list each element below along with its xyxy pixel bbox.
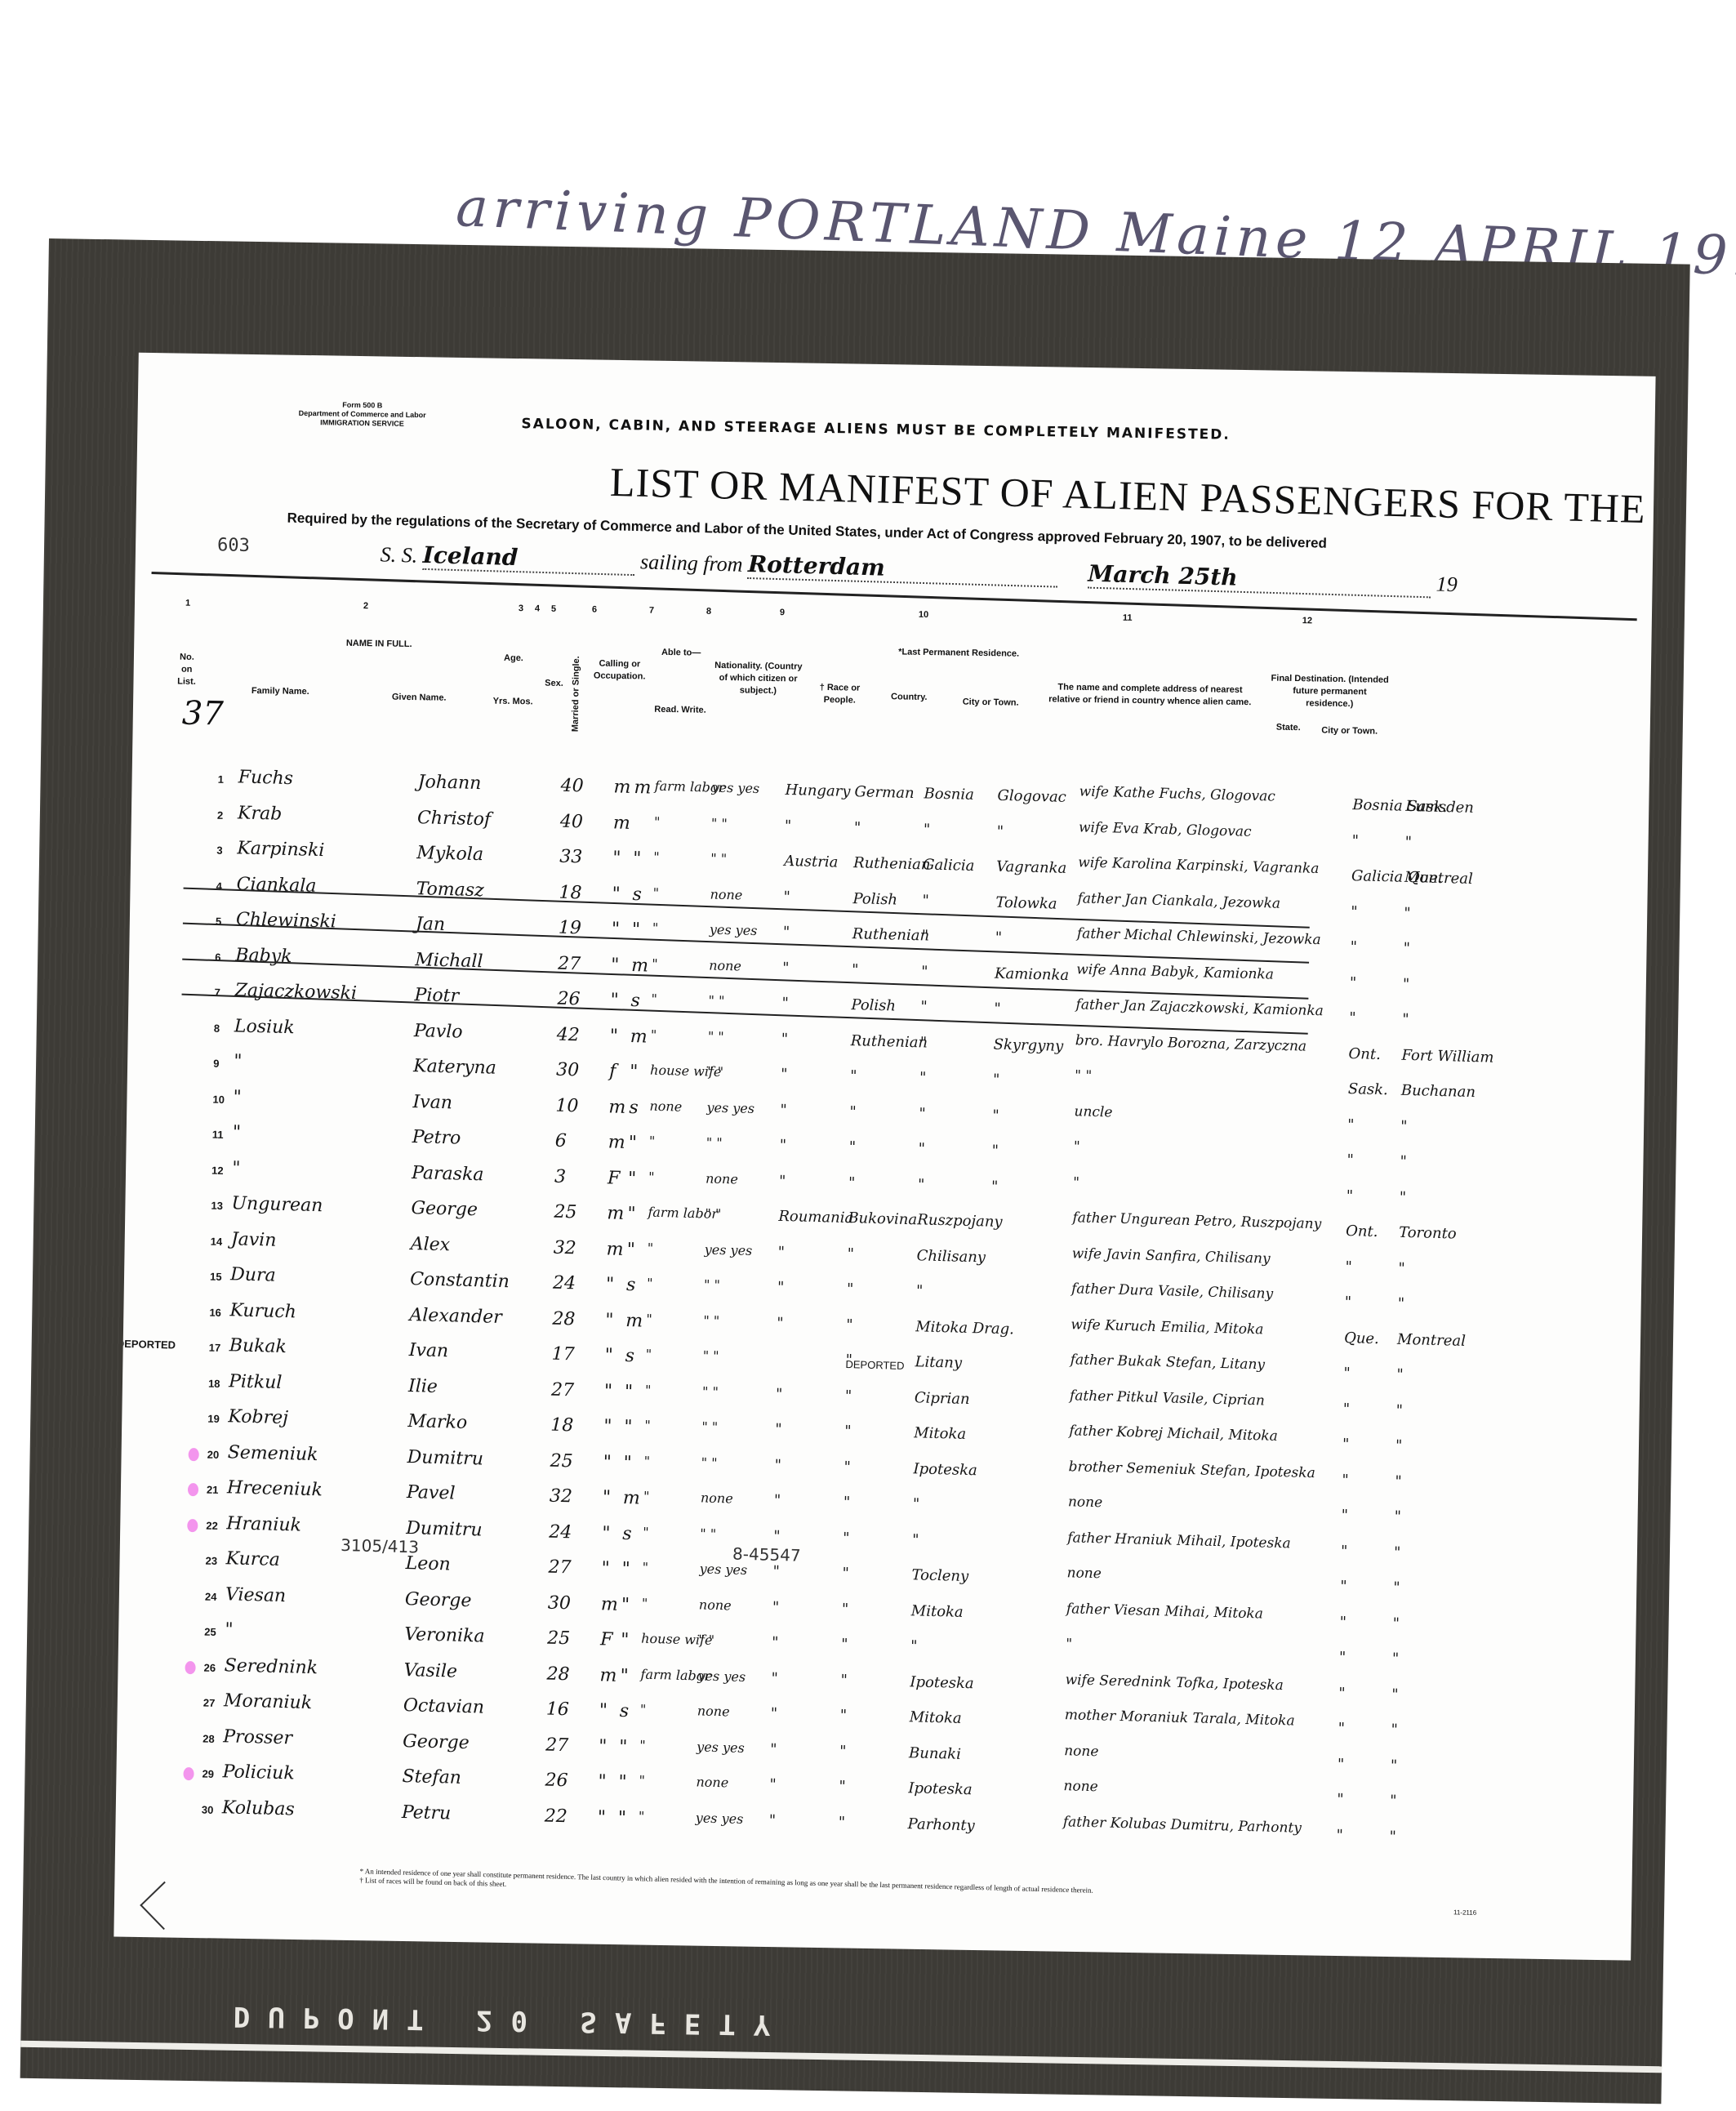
cell-rw: " " [702,1383,719,1400]
cell-family: " [233,1087,242,1107]
cell-ms: s [625,1346,634,1366]
cell-st: " [1339,1649,1347,1666]
cell-given: Tomasz [416,879,484,901]
cell-st: " [1350,974,1357,991]
cell-age: 24 [549,1521,572,1543]
highlight-dot [183,1767,194,1780]
cell-given: George [405,1588,472,1610]
cell-ms: s [630,991,640,1011]
cell-sex: m [607,1203,625,1224]
cell-dest: " [1400,1153,1407,1170]
cell-family: Hreceniuk [227,1477,323,1500]
cell-rw: yes yes [697,1668,746,1685]
cell-family: Chlewinski [236,909,336,932]
cell-st: Que. [1344,1329,1379,1347]
col-num: 3 [519,603,523,613]
cell-rw: " " [706,1134,723,1151]
ship-name: Iceland [422,541,635,576]
cell-st: " [1337,1791,1344,1808]
cell-ms: " [628,1133,637,1153]
cell-sex: m [613,777,631,798]
cell-ms: " [623,1452,632,1472]
cell-num: 22 [206,1519,218,1531]
cell-age: 18 [550,1415,574,1436]
cell-num: 23 [205,1555,217,1567]
cell-family: Kolubas [222,1797,295,1819]
cell-age: 28 [552,1308,576,1329]
cell-rw: " " [710,851,727,867]
cell-rw: " " [708,993,724,1009]
cell-dest: " [1390,1793,1397,1810]
cell-rw: yes yes [705,1241,753,1258]
cell-family: Krab [238,803,283,824]
cell-nat: " [772,1563,780,1580]
cell-sex: m [608,1132,625,1153]
cell-ms: " [619,1736,628,1757]
col-num: 11 [1123,613,1133,623]
cell-ms: s [620,1701,630,1721]
cell-num: 26 [203,1661,216,1673]
cell-dest: " [1394,1543,1401,1561]
cell-num: 7 [214,986,220,999]
cell-age: 25 [547,1628,571,1650]
cell-family: Dura [230,1264,276,1285]
col-num: 5 [551,604,556,614]
cell-ms: " [630,1062,639,1082]
cell-nat: " [771,1669,778,1686]
cell-st: " [1349,1009,1356,1027]
cell-ctry: " [913,1495,920,1512]
cell-age: 40 [560,811,584,832]
cell-nat: " [783,924,790,941]
cell-ctry: " [919,1069,927,1086]
header-last-residence: *Last Permanent Residence. [869,646,1048,661]
cell-family: Zajaczkowski [234,980,357,1004]
cell-dest: " [1391,1721,1398,1739]
cell-sex: m [608,1097,626,1118]
cell-family: Bukak [229,1335,287,1357]
cell-ms: s [622,1523,632,1543]
cell-num: 3 [216,844,223,857]
cell-rel: none [1066,1565,1102,1582]
cell-given: Mykola [416,843,483,865]
cell-st: " [1347,1116,1355,1133]
cell-race: " [848,1174,856,1191]
cell-ms: " [624,1417,633,1437]
cell-st: " [1340,1578,1347,1595]
col-num: 2 [363,601,368,611]
cell-ms: s [632,884,642,905]
ship-prefix: S. S. [380,542,417,567]
cell-dest: " [1392,1650,1400,1668]
cell-st: " [1338,1684,1346,1701]
cell-sex: " [602,1523,611,1543]
cell-race: " [838,1813,845,1830]
cell-nat: " [776,1385,783,1402]
cell-nat: DEPORTED [845,1358,904,1372]
cell-occ: " [643,1453,650,1468]
cell-occ: " [652,920,659,936]
cell-nat: " [775,1421,782,1438]
year-suffix: 19 [1436,572,1458,597]
cell-occ: " [639,1808,645,1824]
cell-rw: " " [701,1454,717,1471]
cell-race: " [844,1423,852,1440]
cell-dest: " [1395,1472,1402,1490]
cell-rw: " " [704,1276,720,1293]
header-sex: Sex. [537,677,570,690]
cell-st: Ont. [1346,1223,1378,1240]
cell-city: Kamionka [995,964,1070,983]
cell-race: German [854,783,915,802]
cell-ms: " [632,920,641,940]
cell-ctry: Parhonty [907,1815,975,1834]
cell-nat: " [777,1279,785,1296]
cell-given: Constantin [410,1269,510,1292]
cell-ctry: Bosnia [924,785,974,804]
cell-race: " [845,1387,852,1405]
cell-num: 25 [204,1626,216,1638]
cell-rw: none [710,886,742,902]
col-num: 4 [535,603,540,613]
cell-family: Policiuk [222,1761,295,1784]
cell-race: " [847,1245,854,1263]
cell-ctry: Mitoka [909,1708,961,1727]
cell-ms: m [625,1310,643,1331]
col-num: 1 [185,599,190,608]
cell-nat: " [774,1492,781,1509]
cell-given: Jan [416,914,446,935]
cell-race: Ruthenian [852,925,930,944]
cell-st: " [1351,903,1358,920]
cell-ms: m [631,955,649,977]
cell-sex: " [604,1345,613,1365]
cell-dest: " [1404,904,1411,921]
cell-rw: yes yes [706,1099,754,1116]
header-able-to: Able to— [648,647,714,660]
cell-rw: yes yes [710,922,758,939]
cell-dest: " [1403,940,1410,957]
highlight-dot [185,1660,195,1673]
cell-ms: " [628,1168,637,1188]
cell-st: Ont. [1348,1045,1381,1063]
cell-occ: " [643,1524,649,1539]
cell-given: Petru [402,1801,452,1824]
cell-family: Semeniuk [227,1442,318,1465]
cell-rw: " " [711,815,728,831]
cell-dest: Lumsden [1405,798,1474,817]
cell-num: 8 [214,1022,220,1034]
col-num: 10 [919,610,928,620]
cell-st: " [1347,1187,1354,1205]
cell-dest: Montreal [1397,1330,1466,1349]
header-city: City or Town. [950,696,1031,710]
cell-family: Fuchs [238,767,293,789]
cell-num: 18 [208,1377,220,1389]
cell-given: Octavian [403,1695,485,1718]
cell-age: 32 [553,1237,576,1258]
cell-nat: " [771,1705,778,1722]
ship-line: S. S. Iceland sailing from Rotterdam Mar… [380,540,1654,604]
cell-dest: " [1404,833,1412,850]
cell-age: 18 [559,882,582,903]
cell-num: 24 [205,1590,217,1602]
cell-rw: none [699,1597,732,1613]
cell-st: " [1345,1294,1352,1311]
header-state: State. [1268,722,1309,735]
cell-occ: " [651,991,657,1007]
cell-given: Ilie [408,1376,438,1397]
cell-nat: Austria [784,853,839,871]
cell-given: Marko [407,1411,467,1433]
cell-num: 5 [216,915,222,928]
cell-rw: yes yes [711,780,759,797]
cell-city: " [997,822,1004,840]
cell-ms: " [633,848,642,869]
cell-ctry: Ciprian [915,1389,970,1408]
cell-rel: wife Eva Krab, Glogovac [1079,820,1252,840]
cell-st: " [1345,1258,1352,1276]
cell-occ: " [649,1133,656,1149]
cell-race: " [841,1636,848,1653]
cell-rel: " [1073,1175,1079,1191]
cell-rel: none [1063,1779,1098,1795]
list-number: 603 [217,535,250,556]
cell-family: " [225,1619,234,1640]
cell-race: " [840,1671,848,1688]
cell-ctry: Mitoka [914,1424,966,1443]
cell-st: " [1350,938,1357,955]
cell-occ: " [654,813,661,829]
cell-nat: " [768,1811,776,1828]
header-country: Country. [868,691,950,705]
cell-num: 20 [207,1448,220,1460]
cell-sex: " [610,990,619,1010]
cell-race: " [844,1459,851,1476]
cell-age: 3 [554,1166,567,1187]
cell-rel: wife Kuruch Emilia, Mitoka [1071,1317,1264,1338]
cell-num: 16 [209,1306,221,1318]
cell-st: " [1338,1720,1345,1737]
cell-age: 30 [548,1592,572,1614]
cell-sex: " [609,1026,618,1046]
cell-num: 2 [217,808,224,821]
cell-given: George [411,1198,478,1220]
cell-rel: none [1064,1744,1099,1760]
cell-city: " [991,1142,999,1160]
cell-st: " [1343,1365,1351,1382]
col-num: 8 [706,607,711,617]
col-num: 7 [649,606,654,616]
cell-family: " [233,1122,242,1142]
cell-family: Kobrej [228,1406,288,1428]
cell-ctry: Chilisany [916,1247,986,1266]
cell-st: " [1342,1471,1349,1488]
cell-occ: " [644,1418,651,1433]
cell-family: Karpinski [237,838,325,861]
cell-race: " [839,1742,847,1759]
cell-occ: " [646,1311,652,1326]
cell-nat: Hungary [785,782,850,800]
cell-family: Pitkul [229,1371,283,1393]
cell-race: " [849,1103,857,1120]
cell-sex: " [606,1274,615,1294]
cell-race: " [843,1530,850,1547]
cell-age: 42 [557,1024,581,1045]
cell-nat: " [774,1456,781,1473]
cell-occ: " [648,1240,654,1255]
cell-rw: none [696,1774,728,1790]
cell-num: 28 [203,1732,215,1744]
cell-nat: " [772,1634,779,1651]
cell-occ: " [645,1347,652,1362]
cell-st: " [1338,1755,1345,1772]
cell-ctry: Mitoka [911,1602,964,1621]
cell-rw: yes yes [696,1810,744,1827]
cell-race: " [842,1565,849,1582]
cell-ctry: Galicia [923,856,975,875]
cell-nat: " [783,888,790,905]
header-final-destination: Final Destination. (Intended future perm… [1268,673,1391,711]
cell-ctry: " [921,963,928,980]
cell-sex: " [601,1558,610,1579]
cell-given: Paraska [412,1163,484,1185]
cell-sex: " [612,884,621,904]
cell-given: Piotr [414,985,459,1006]
sailing-date: March 25th [1088,560,1431,599]
cell-city: Vagranka [996,858,1067,877]
cell-given: Johann [417,772,481,794]
cell-st: " [1339,1613,1347,1630]
cell-given: Petro [412,1127,461,1149]
cell-ms: m [634,777,652,799]
cell-dest: Montreal [1404,869,1473,888]
cell-occ: " [643,1489,650,1504]
cell-rw: " " [703,1312,719,1329]
cell-given: George [403,1730,470,1752]
cell-sex: " [603,1452,612,1472]
cell-dest: " [1398,1259,1405,1276]
cell-ctry: " [916,1282,924,1299]
cell-age: 24 [553,1273,576,1294]
cell-occ: " [642,1560,648,1575]
cell-rw: " " [708,1028,724,1044]
cell-given: Stefan [402,1766,461,1788]
cell-dest: Buchanan [1401,1082,1476,1101]
cell-num: 9 [213,1058,220,1070]
cell-rw: yes yes [697,1739,745,1756]
cell-sex: " [605,1310,614,1330]
cell-sex: m [599,1665,617,1686]
cell-ctry: " [919,1105,926,1122]
cell-dest: " [1402,1011,1409,1028]
cell-nat: " [781,995,789,1012]
cell-num: 17 [209,1342,221,1354]
cell-family: Serednink [224,1655,318,1678]
cell-rel: father Dura Vasile, Chilisany [1071,1281,1273,1302]
cell-num: 12 [211,1164,224,1176]
cell-ctry: Ipoteska [910,1673,974,1692]
cell-rel: wife Kathe Fuchs, Glogovac [1079,784,1275,804]
cell-ctry: Mitoka Drag. [915,1318,1014,1338]
cell-nat: " [777,1243,785,1260]
cell-race: " [844,1494,851,1511]
cell-rw: " " [702,1347,719,1364]
cell-rw: none [706,1170,738,1187]
sailing-from-label: sailing from [640,550,743,576]
cell-sex: " [612,848,621,868]
cell-family: Moraniuk [224,1690,313,1713]
cell-rw: none [709,957,741,973]
cell-city: Skyrgyny [993,1035,1063,1054]
cell-ctry: Litany [915,1353,962,1371]
cell-dest: " [1392,1614,1400,1632]
cell-occ: " [652,955,658,971]
column-headers: No. on List. NAME IN FULL. Family Name. … [132,635,1651,781]
cell-race: Polish [852,890,897,908]
occupation-note: 8-45547 [732,1543,801,1565]
cell-race: Bukovina [848,1209,917,1228]
cell-age: 30 [556,1060,580,1081]
cell-rw: " " [700,1525,716,1542]
cell-city: " [992,1107,999,1124]
passenger-table: 1FuchsJohann40mmfarm laboryes yesHungary… [115,769,1649,1859]
cell-sex: m [601,1594,619,1615]
cell-given: Kateryna [413,1056,496,1079]
cell-occ: " [651,1027,657,1042]
cell-sex: m [606,1239,624,1260]
cell-city: " [993,1071,1000,1089]
header-dest-city: City or Town. [1309,724,1391,738]
cell-ctry: " [912,1531,919,1548]
handwritten-page-number: 37 [182,695,225,733]
header-age: Age. [477,652,550,665]
cell-rel: none [1068,1494,1103,1511]
cell-ctry: " [918,1140,925,1157]
cell-dest: " [1395,1401,1403,1418]
cell-age: 26 [557,989,581,1010]
cell-nat: " [777,1314,784,1331]
family-note: 3105/413 [341,1535,419,1557]
cell-rw: " " [698,1632,714,1648]
cell-nat: Roumania [778,1208,853,1227]
cell-city: Tolowka [995,893,1057,912]
highlight-dot [188,1447,198,1460]
cell-st: " [1341,1507,1348,1524]
cell-nat: " [779,1172,786,1189]
cell-num: 27 [203,1697,216,1709]
corner-mark [140,1882,188,1930]
cell-age: 19 [559,918,582,939]
cell-given: Pavlo [414,1021,463,1043]
cell-sex: " [597,1807,606,1828]
cell-family: Prosser [223,1726,292,1748]
cell-age: 27 [558,953,581,974]
cell-num: 29 [202,1768,214,1780]
cell-given: Veronika [404,1624,485,1647]
column-numbers: 1 2 3 4 5 6 7 8 9 10 11 12 [135,598,1652,638]
cell-ctry: " [920,998,928,1015]
cell-dest: " [1400,1188,1407,1205]
header-nationality: Nationality. (Country of which citizen o… [713,660,803,698]
header-relative: The name and complete address of nearest… [1048,681,1252,709]
cell-family: " [232,1158,241,1178]
cell-sex: " [603,1487,612,1508]
cell-age: 33 [559,847,583,868]
cell-nat: " [781,1030,789,1047]
col-num: 9 [780,608,785,617]
cell-given: Alexander [409,1305,502,1328]
